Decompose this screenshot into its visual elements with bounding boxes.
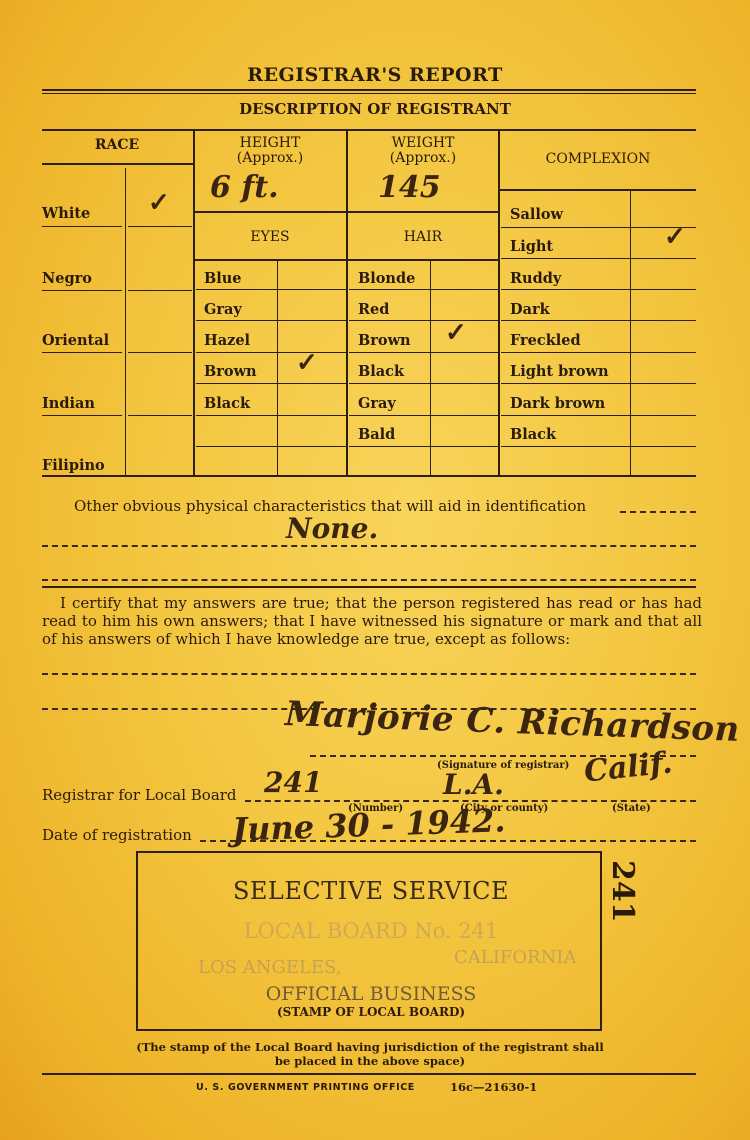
race-rule [42,352,122,353]
stamp-line-selective-service: SELECTIVE SERVICE [138,877,604,905]
form-number: 16c—21630-1 [450,1080,537,1094]
race-rule [42,415,122,416]
hair-bald[interactable]: Bald [358,428,395,443]
complexion-rule [501,258,696,259]
complexion-rule [501,352,696,353]
printer-credit: U. S. GOVERNMENT PRINTING OFFICE [196,1082,415,1093]
eyes-black[interactable]: Black [204,397,250,412]
weight-header-line2: (Approx.) [348,151,498,166]
complexion-rule [501,289,696,290]
table-bottom-rule [42,475,696,477]
hair-rule [349,415,498,416]
hair-brown[interactable]: Brown [358,334,411,349]
hair-check-divider [430,261,431,476]
eyes-rule [196,415,346,416]
race-negro[interactable]: Negro [42,272,92,287]
complexion-light[interactable]: Light [510,240,553,255]
weight-header-line1: WEIGHT [348,136,498,151]
race-rule [128,415,192,416]
weight-rule [348,211,498,213]
hair-rule [349,383,498,384]
height-value[interactable]: 6 ft. [210,170,279,205]
complexion-dark-brown[interactable]: Dark brown [510,397,605,412]
race-white[interactable]: White [42,207,90,222]
eyes-brown-checkmark: ✓ [296,348,318,378]
hair-header-rule [348,259,498,261]
date-label: Date of registration [42,826,192,844]
local-board-number[interactable]: 241 [264,766,322,799]
stamp-area: SELECTIVE SERVICE LOCAL BOARD No. 241 LO… [136,851,602,1031]
stamp-line-state: CALIFORNIA [454,947,577,968]
weight-header: WEIGHT (Approx.) [348,136,498,165]
stamp-line-official-business: OFFICIAL BUSINESS [138,983,604,1005]
race-rule [42,226,122,227]
col-divider-weight [498,129,500,476]
local-board-city[interactable]: L.A. [443,768,504,801]
height-header-line2: (Approx.) [195,151,345,166]
eyes-blue[interactable]: Blue [204,272,242,287]
complexion-light-brown[interactable]: Light brown [510,365,609,380]
eyes-rule [196,289,346,290]
stamp-caption: (STAMP OF LOCAL BOARD) [138,1005,604,1019]
table-top-rule [42,129,696,131]
hair-header: HAIR [348,230,498,245]
height-rule [195,211,346,213]
complexion-rule [501,415,696,416]
eyes-rule [196,352,346,353]
section-rule [42,586,696,588]
other-line-2 [42,579,696,581]
caption-state: (State) [612,803,651,814]
complexion-black[interactable]: Black [510,428,556,443]
title-rule-bottom [42,93,696,94]
hair-brown-checkmark: ✓ [445,318,467,348]
race-header-rule [42,163,194,165]
other-characteristics-value[interactable]: None. [286,512,378,545]
weight-value[interactable]: 145 [378,170,441,205]
hair-black[interactable]: Black [358,365,404,380]
complexion-light-checkmark: ✓ [664,222,686,252]
race-oriental[interactable]: Oriental [42,334,109,349]
complexion-sallow[interactable]: Sallow [510,208,563,223]
hair-rule [349,289,498,290]
local-board-state[interactable]: Calif. [582,745,674,789]
race-rule [128,290,192,291]
height-header-line1: HEIGHT [195,136,345,151]
complexion-dark[interactable]: Dark [510,303,550,318]
stamp-line-local-board: LOCAL BOARD No. 241 [138,919,604,943]
hair-rule [349,446,498,447]
complexion-ruddy[interactable]: Ruddy [510,272,561,287]
eyes-header: EYES [195,230,345,245]
certification-text: I certify that my answers are true; that… [42,594,702,648]
race-white-checkmark: ✓ [148,188,170,218]
race-check-divider [125,168,126,476]
eyes-rule [196,383,346,384]
hair-rule [349,320,498,321]
exception-line-1 [42,673,696,675]
height-header: HEIGHT (Approx.) [195,136,345,165]
other-line-1 [42,545,696,547]
eyes-header-rule [195,259,346,261]
complexion-rule [501,320,696,321]
complexion-rule [501,446,696,447]
local-board-label: Registrar for Local Board [42,786,237,804]
eyes-check-divider [277,261,278,476]
registrar-signature[interactable]: Marjorie C. Richardson [284,694,740,750]
complexion-rule [501,383,696,384]
stamp-instruction: (The stamp of the Local Board having jur… [130,1040,610,1068]
stamp-side-number: 241 [605,860,640,923]
col-divider-race [193,129,195,476]
section-subtitle: DESCRIPTION OF REGISTRANT [0,100,750,118]
title-rule-top [42,89,696,91]
stamp-line-city: LOS ANGELES, [198,957,342,978]
race-filipino[interactable]: Filipino [42,459,105,474]
eyes-rule [196,446,346,447]
race-rule [42,290,122,291]
hair-gray[interactable]: Gray [358,397,396,412]
hair-rule [349,352,498,353]
race-indian[interactable]: Indian [42,397,95,412]
footer-rule [42,1073,696,1075]
race-rule [128,352,192,353]
complexion-check-divider [630,191,631,476]
complexion-header-rule [500,189,696,191]
complexion-header: COMPLEXION [500,152,696,167]
race-rule [128,226,192,227]
race-header: RACE [42,138,192,153]
hair-blonde[interactable]: Blonde [358,272,415,287]
eyes-gray[interactable]: Gray [204,303,242,318]
complexion-freckled[interactable]: Freckled [510,334,581,349]
eyes-hazel[interactable]: Hazel [204,334,250,349]
hair-red[interactable]: Red [358,303,389,318]
col-divider-height [346,129,348,476]
report-title: REGISTRAR'S REPORT [0,64,750,86]
eyes-rule [196,320,346,321]
eyes-brown[interactable]: Brown [204,365,257,380]
other-characteristics-leader [620,511,696,513]
